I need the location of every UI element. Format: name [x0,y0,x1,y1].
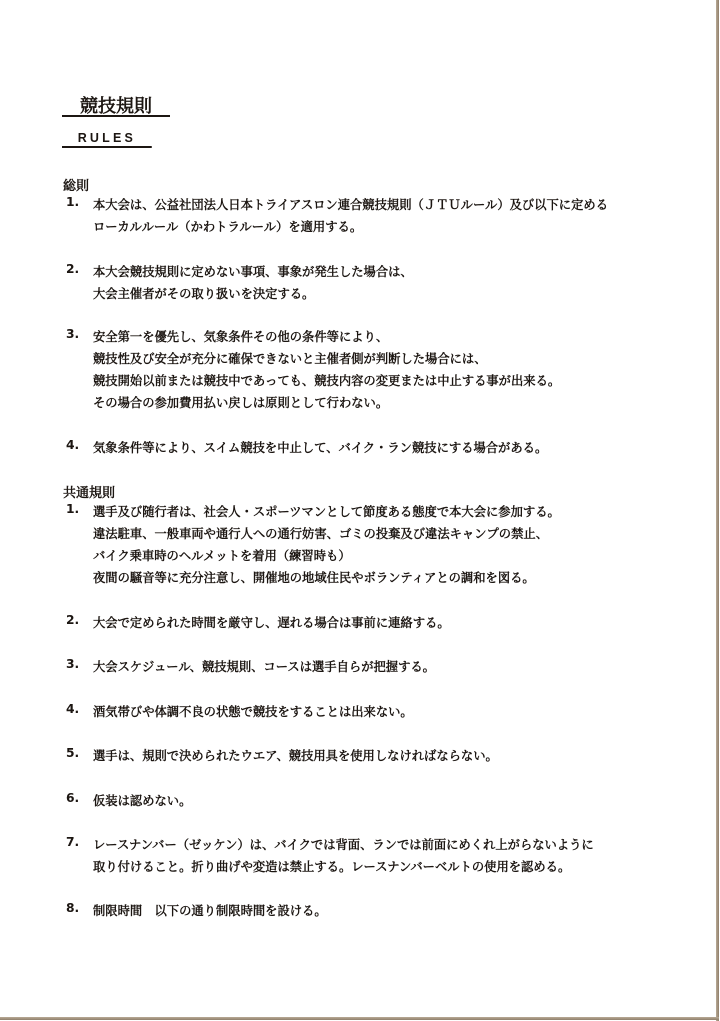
page-edge-shadow-bottom [0,1017,719,1020]
item-text-line: 大会主催者がその取り扱いを決定する。 [93,284,314,302]
item-text-line: レースナンバー（ゼッケン）は、バイクでは背面、ランでは前面にめくれ上がらないよう… [93,835,594,853]
item-text-line: 酒気帯びや体調不良の状態で競技をすることは出来ない。 [93,702,413,720]
item-text-line: 本大会は、公益社団法人日本トライアスロン連合競技規則（ＪＴＵルール）及び以下に定… [93,195,608,213]
item-text-line: 競技性及び安全が充分に確保できないと主催者側が判断した場合には、 [93,349,487,367]
item-text-line: 気象条件等により、スイム競技を中止して、バイク・ラン競技にする場合がある。 [93,438,547,456]
item-number: 5. [66,746,79,760]
item-number: 4. [66,702,79,716]
item-number: 6. [66,791,79,805]
item-text-line: 仮装は認めない。 [93,791,191,809]
item-text-line: 安全第一を優先し、気象条件その他の条件等により、 [93,327,388,345]
item-number: 3. [66,657,79,671]
item-text-line: 本大会競技規則に定めない事項、事象が発生した場合は、 [93,262,413,280]
item-text-line: 夜間の騒音等に充分注意し、開催地の地域住民やボランティアとの調和を図る。 [93,568,535,586]
item-text-line: 取り付けること。折り曲げや変造は禁止する。レースナンバーベルトの使用を認める。 [93,857,570,875]
page-edge-shadow-right [716,0,719,1021]
item-text-line: 制限時間 以下の通り制限時間を設ける。 [93,901,327,919]
item-text-line: 選手及び随行者は、社会人・スポーツマンとして節度ある態度で本大会に参加する。 [93,502,560,520]
item-text-line: 大会スケジュール、競技規則、コースは選手自らが把握する。 [93,657,435,675]
item-number: 8. [66,901,79,915]
item-number: 4. [66,438,79,452]
section-heading-general: 総則 [63,175,89,194]
item-number: 2. [66,262,79,276]
item-number: 1. [66,195,79,209]
item-text-line: 競技開始以前または競技中であっても、競技内容の変更または中止する事が出来る。 [93,371,560,389]
item-number: 1. [66,502,79,516]
item-text-line: 大会で定められた時間を厳守し、遅れる場合は事前に連絡する。 [93,613,450,631]
document-subtitle: RULES [62,128,152,146]
item-text-line: バイク乗車時のヘルメットを着用（練習時も） [93,546,351,564]
item-number: 3. [66,327,79,341]
document-title: 競技規則 [62,92,170,118]
item-number: 7. [66,835,79,849]
section-heading-common: 共通規則 [63,482,115,501]
item-text-line: ローカルルール（かわトラルール）を適用する。 [93,217,362,235]
item-number: 2. [66,613,79,627]
item-text-line: その場合の参加費用払い戻しは原則として行わない。 [93,393,388,411]
item-text-line: 違法駐車、一般車両や通行人への通行妨害、ゴミの投棄及び違法キャンプの禁止、 [93,524,548,542]
item-text-line: 選手は、規則で決められたウエア、競技用具を使用しなければならない。 [93,746,498,764]
